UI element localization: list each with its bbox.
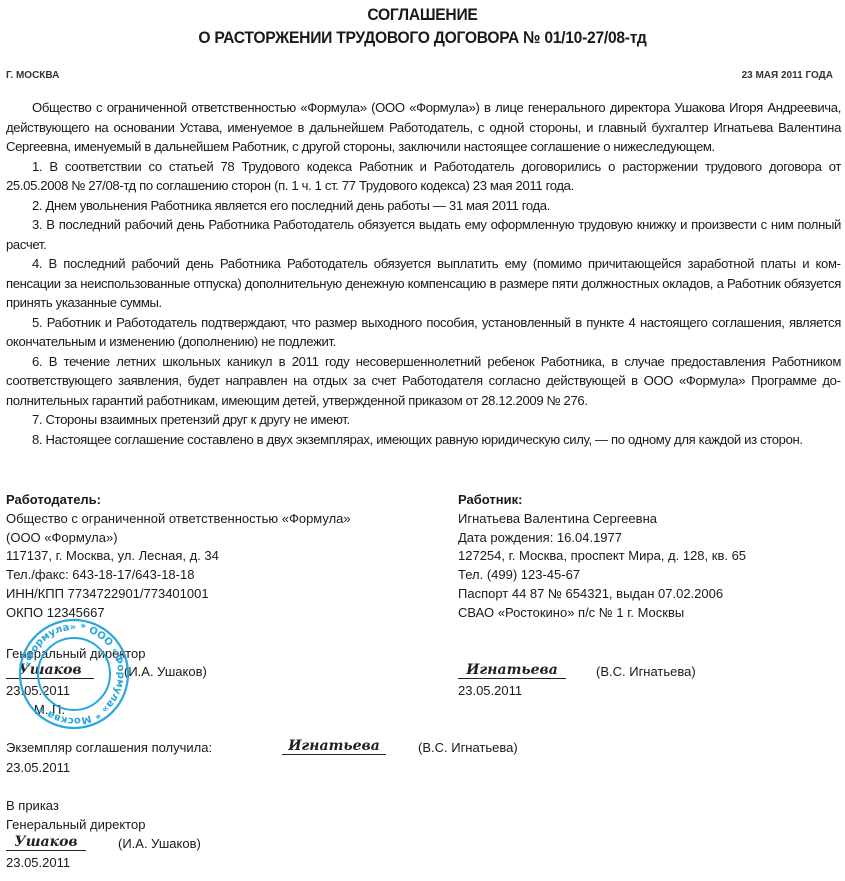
receipt-label: Экземпляр соглашения получила: xyxy=(6,740,212,755)
employee-signature: Игнатьева xyxy=(458,662,566,679)
employee-name: (В.С. Игнатьева) xyxy=(596,664,696,679)
employer-line: Общество с ограниченной ответственностью… xyxy=(6,510,351,529)
clause-4: 4. В последний рабочий день Работника Ра… xyxy=(6,254,841,313)
order-signature: Ушаков xyxy=(6,834,86,851)
clause-7: 7. Стороны взаимных претензий друг к дру… xyxy=(6,410,841,430)
employer-name: (И.А. Ушаков) xyxy=(124,664,207,679)
preamble: Общество с ограниченной ответственностью… xyxy=(6,98,841,157)
employer-heading: Работодатель: xyxy=(6,491,351,510)
employer-line: (ООО «Формула») xyxy=(6,529,351,548)
employee-line: Паспорт 44 87 № 654321, выдан 07.02.2006 xyxy=(458,585,746,604)
employee-line: 127254, г. Москва, проспект Мира, д. 128… xyxy=(458,547,746,566)
employer-line: 117137, г. Москва, ул. Лесная, д. 34 xyxy=(6,547,351,566)
document-title: СОГЛАШЕНИЕ xyxy=(34,5,811,25)
document-date: 23 МАЯ 2011 ГОДА xyxy=(742,70,833,81)
company-stamp-icon: «Формула» * ООО «Формула» * Москва * xyxy=(18,618,130,730)
clause-5: 5. Работник и Работодатель подтверждают,… xyxy=(6,313,841,352)
order-date: 23.05.2011 xyxy=(6,855,70,870)
receipt-name: (В.С. Игнатьева) xyxy=(418,740,518,755)
employee-line: Тел. (499) 123-45-67 xyxy=(458,566,746,585)
employer-line: Тел./факс: 643-18-17/643-18-18 xyxy=(6,566,351,585)
employee-sign-date: 23.05.2011 xyxy=(458,683,522,698)
agreement-body: Общество с ограниченной ответственностью… xyxy=(6,98,841,449)
employee-line: Игнатьева Валентина Сергеевна xyxy=(458,510,746,529)
employer-details: Работодатель: Общество с ограниченной от… xyxy=(6,491,351,623)
employee-details: Работник: Игнатьева Валентина Сергеевна … xyxy=(458,491,746,623)
clause-2: 2. Днем увольнения Работника является ег… xyxy=(6,196,841,216)
clause-8: 8. Настоящее соглашение составлено в дву… xyxy=(6,430,841,450)
employee-heading: Работник: xyxy=(458,491,746,510)
clause-3: 3. В последний рабочий день Работника Ра… xyxy=(6,215,841,254)
clause-6: 6. В течение летних школьных каникул в 2… xyxy=(6,352,841,411)
employee-line: СВАО «Ростокино» п/с № 1 г. Москвы xyxy=(458,604,746,623)
order-name: (И.А. Ушаков) xyxy=(118,836,201,851)
document-subtitle: О РАСТОРЖЕНИИ ТРУДОВОГО ДОГОВОРА № 01/10… xyxy=(34,28,811,48)
order-label: В приказ xyxy=(6,798,59,813)
clause-1: 1. В соответствии со статьей 78 Трудовог… xyxy=(6,157,841,196)
receipt-signature: Игнатьева xyxy=(282,738,386,755)
employer-line: ИНН/КПП 7734722901/773401001 xyxy=(6,585,351,604)
order-position: Генеральный директор xyxy=(6,817,145,832)
place: Г. МОСКВА xyxy=(6,70,59,81)
receipt-date: 23.05.2011 xyxy=(6,760,70,775)
employee-line: Дата рождения: 16.04.1977 xyxy=(458,529,746,548)
